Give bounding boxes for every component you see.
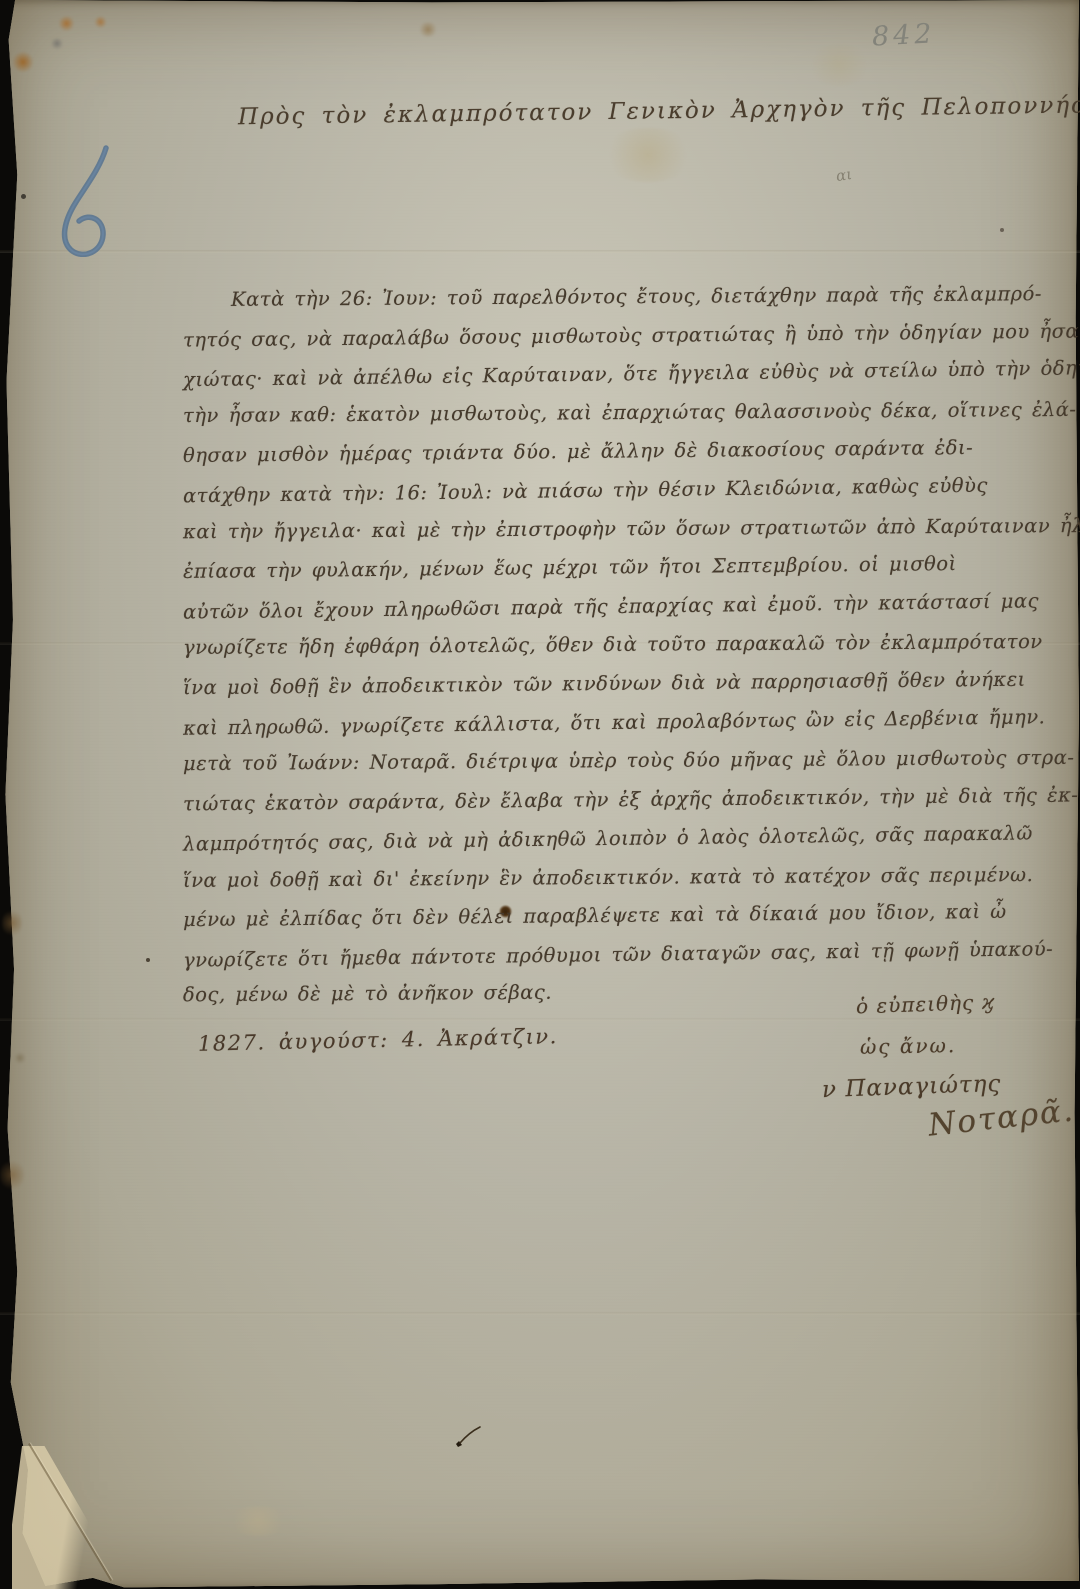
rust-stain — [94, 16, 107, 28]
rust-stain — [12, 52, 34, 72]
edge-stain — [2, 908, 22, 938]
faint-stain — [226, 1506, 290, 1536]
fold-line — [0, 1312, 1080, 1315]
manuscript-line: δος, μένω δὲ μὲ τὸ ἀνῆκον σέβας. — [183, 982, 552, 1004]
speck — [1000, 228, 1004, 232]
speck — [146, 958, 150, 962]
fold-line — [0, 1018, 1080, 1021]
stain — [418, 22, 438, 37]
edge-stain — [0, 1158, 24, 1192]
faint-stain — [600, 128, 696, 182]
rust-stain — [58, 16, 75, 31]
smudge-stain — [50, 38, 64, 49]
faint-stain — [806, 44, 872, 86]
signature-closing-1: ὁ εὐπειθὴς ϗ — [856, 990, 996, 1019]
faint-pencil-note: αι — [835, 165, 853, 185]
archive-number: 842 — [871, 18, 936, 52]
signature-closing-2: ὡς ἄνω. — [860, 1033, 957, 1059]
ink-speck-bottom — [448, 1420, 488, 1454]
speck — [21, 194, 26, 199]
manuscript-line: Κατὰ τὴν 26: Ἰουν: τοῦ παρελθόντος ἔτους… — [231, 284, 1042, 309]
manuscript-line: ἵνα μοὶ δοθῇ καὶ δι' ἐκείνην ἓν ἀποδεικτ… — [183, 865, 1033, 890]
blue-pencil-squiggle-mark — [34, 142, 124, 261]
edge-stain — [14, 1052, 26, 1064]
fold-line — [0, 250, 1080, 253]
